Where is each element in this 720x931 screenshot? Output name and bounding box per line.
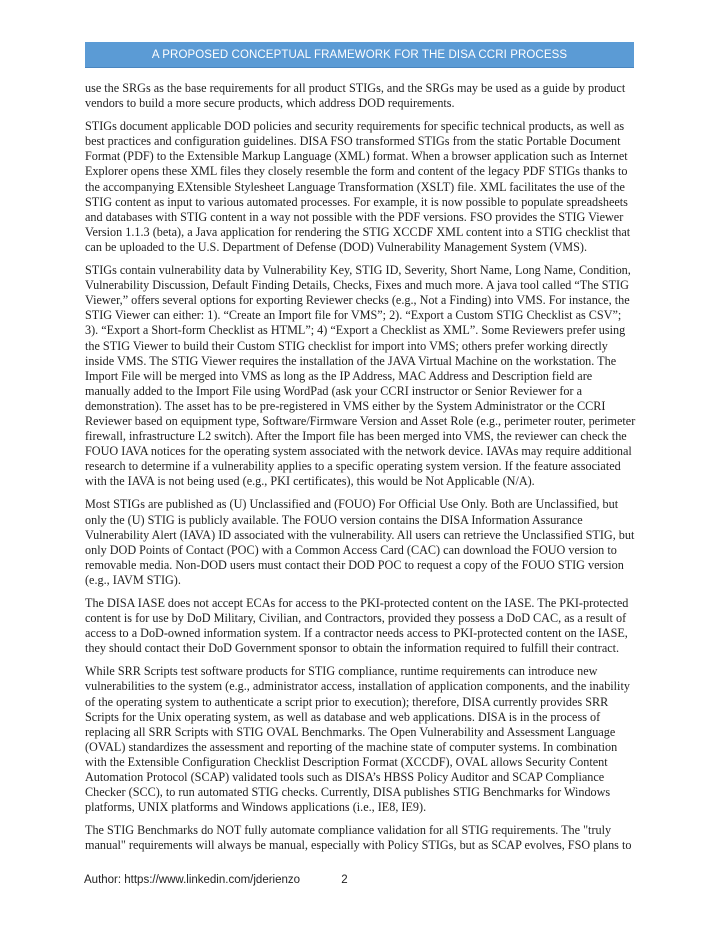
paragraph-fouo: Most STIGs are published as (U) Unclassi… xyxy=(85,497,637,588)
paragraph-stig-viewer: STIGs contain vulnerability data by Vuln… xyxy=(85,263,637,489)
paragraph-srgs-continuation: use the SRGs as the base requirements fo… xyxy=(85,81,637,111)
paragraph-iase-pki: The DISA IASE does not accept ECAs for a… xyxy=(85,596,637,656)
page-number: 2 xyxy=(341,874,347,886)
document-body: use the SRGs as the base requirements fo… xyxy=(85,81,637,862)
header-title: A PROPOSED CONCEPTUAL FRAMEWORK FOR THE … xyxy=(152,49,567,61)
footer-author: Author: https://www.linkedin.com/jderien… xyxy=(84,874,300,886)
paragraph-stig-xml: STIGs document applicable DOD policies a… xyxy=(85,119,637,255)
page-footer: Author: https://www.linkedin.com/jderien… xyxy=(84,874,348,886)
paragraph-srr-scripts: While SRR Scripts test software products… xyxy=(85,664,637,815)
running-header: A PROPOSED CONCEPTUAL FRAMEWORK FOR THE … xyxy=(85,42,634,68)
document-page: A PROPOSED CONCEPTUAL FRAMEWORK FOR THE … xyxy=(0,0,720,931)
paragraph-stig-benchmarks: The STIG Benchmarks do NOT fully automat… xyxy=(85,823,637,853)
